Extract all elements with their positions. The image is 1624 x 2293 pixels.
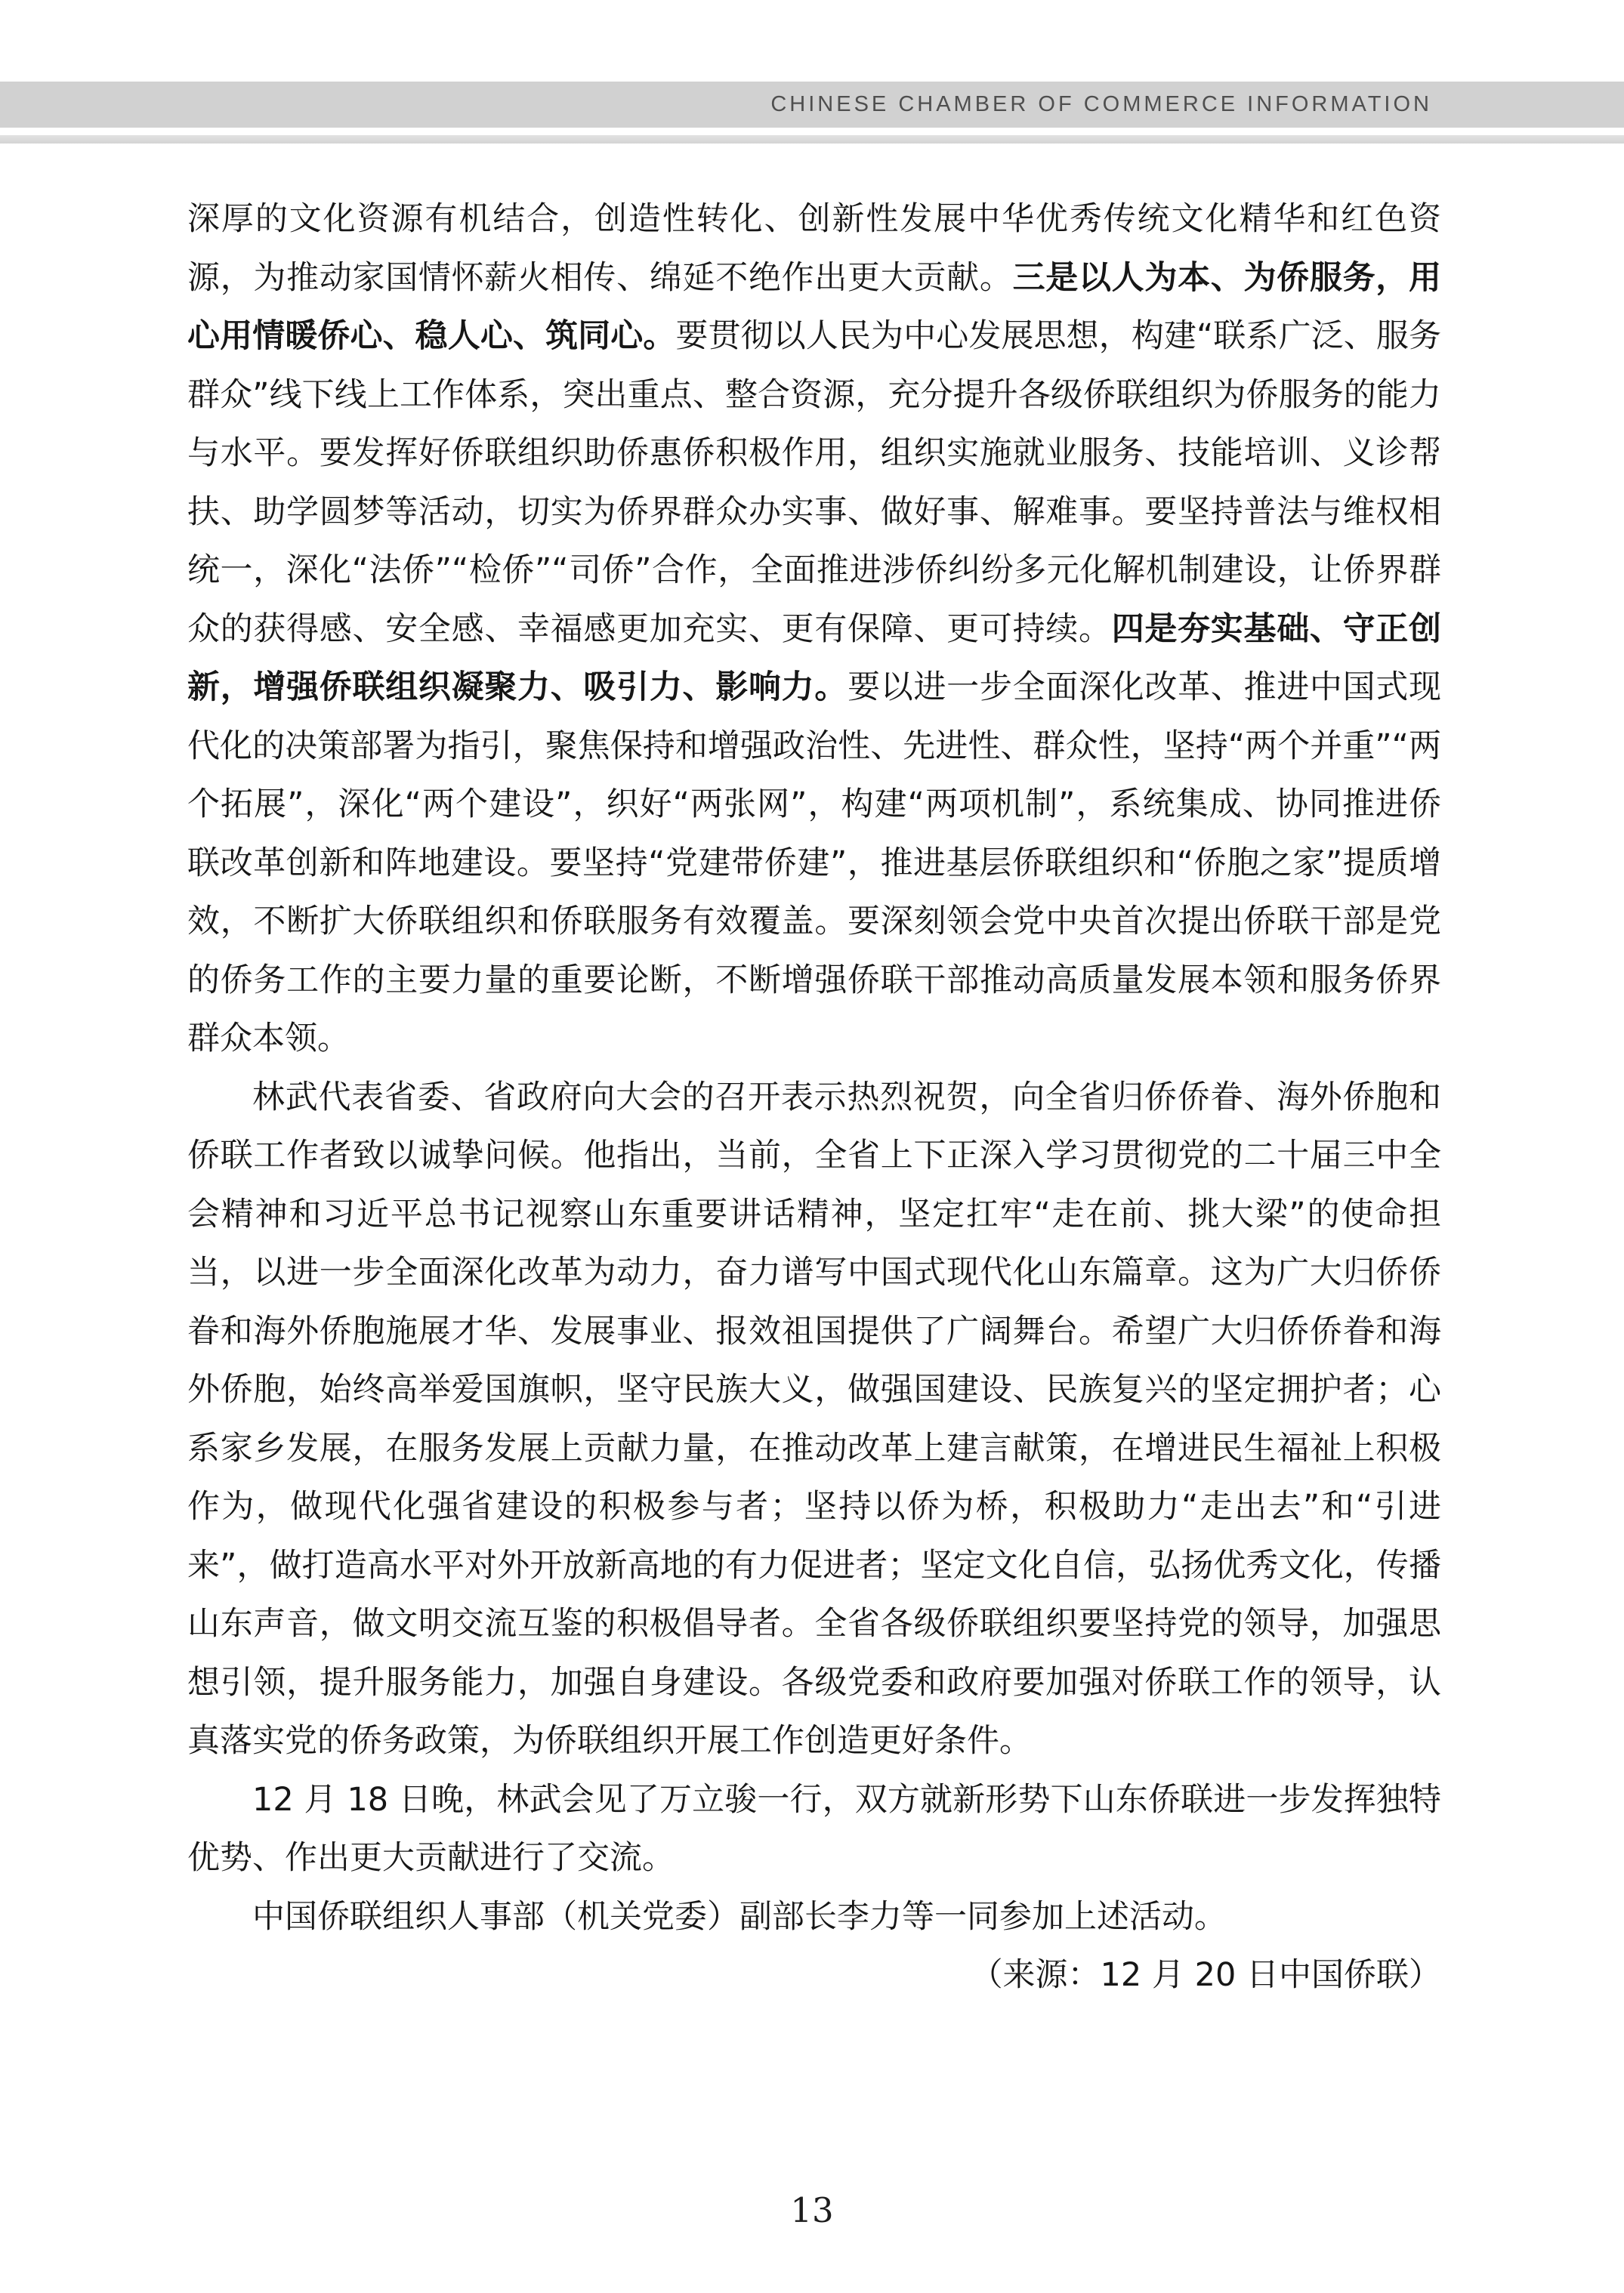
page-number: 13 [0, 2190, 1624, 2230]
article-body: 深厚的文化资源有机结合，创造性转化、创新性发展中华优秀传统文化精华和红色资源，为… [187, 190, 1441, 2005]
paragraph: 深厚的文化资源有机结合，创造性转化、创新性发展中华优秀传统文化精华和红色资源，为… [187, 190, 1441, 1069]
paragraph: 林武代表省委、省政府向大会的召开表示热烈祝贺，向全省归侨侨眷、海外侨胞和侨联工作… [187, 1069, 1441, 1771]
text-segment: 林武代表省委、省政府向大会的召开表示热烈祝贺，向全省归侨侨眷、海外侨胞和侨联工作… [187, 1079, 1441, 1761]
paragraph: 12 月 18 日晚，林武会见了万立骏一行，双方就新形势下山东侨联进一步发挥独特… [187, 1771, 1441, 1888]
text-segment: 要以进一步全面深化改革、推进中国式现代化的决策部署为指引，聚焦保持和增强政治性、… [187, 668, 1441, 1057]
text-segment: 中国侨联组织人事部（机关党委）副部长李力等一同参加上述活动。 [252, 1898, 1227, 1936]
header-rule [0, 135, 1624, 144]
header-bar: CHINESE CHAMBER OF COMMERCE INFORMATION [0, 82, 1624, 128]
header-title: CHINESE CHAMBER OF COMMERCE INFORMATION [770, 92, 1432, 117]
text-segment: （来源：12 月 20 日中国侨联） [971, 1956, 1441, 1994]
text-segment: 12 月 18 日晚，林武会见了万立骏一行，双方就新形势下山东侨联进一步发挥独特… [187, 1781, 1441, 1878]
paragraph: 中国侨联组织人事部（机关党委）副部长李力等一同参加上述活动。 [187, 1888, 1441, 1947]
text-segment: 要贯彻以人民为中心发展思想，构建“联系广泛、服务群众”线下线上工作体系，突出重点… [187, 317, 1441, 648]
paragraph: （来源：12 月 20 日中国侨联） [187, 1946, 1441, 2005]
